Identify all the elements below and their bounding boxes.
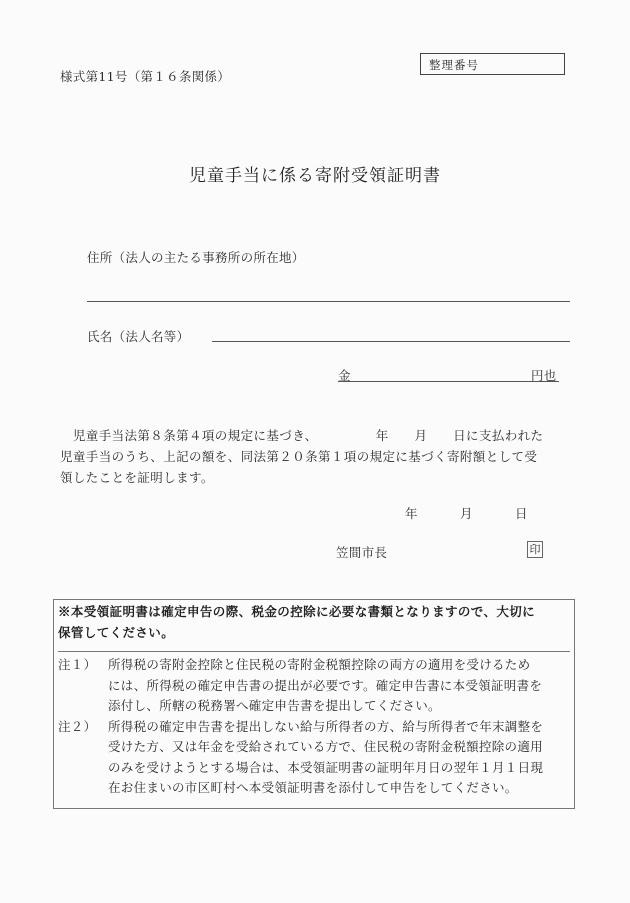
certification-line: 領したことを証明します。	[60, 467, 580, 488]
reference-number-label: 整理番号	[429, 58, 479, 72]
address-label: 住所（法人の主たる事務所の所在地）	[87, 248, 305, 266]
address-field-line[interactable]	[87, 301, 570, 302]
note-item: 注１） 所得税の寄附金控除と住民税の寄附金税額控除の両方の適用を受けるため には…	[58, 655, 570, 717]
seal-mark: 印	[527, 541, 543, 558]
certification-line: 児童手当法第８条第４項の規定に基づき、 年 月 日に支払われた	[60, 425, 580, 446]
note-line: 所得税の寄附金控除と住民税の寄附金税額控除の両方の適用を受けるため	[108, 655, 570, 676]
note-line: のみを受けようとする場合は、本受領証明書の証明年月日の翌年１月１日現	[108, 758, 570, 779]
note-item: 注２） 所得税の確定申告書を提出しない給与所得者の方、給与所得者で年末調整を 受…	[58, 717, 570, 799]
name-label: 氏名（法人名等）	[87, 327, 189, 345]
note-mark: 注２）	[58, 717, 96, 738]
important-notice-line: ※本受領証明書は確定申告の際、税金の控除に必要な書類となりますので、大切に	[58, 601, 570, 622]
note-line: には、所得税の確定申告書の提出が必要です。確定申告書に本受領証明書を	[108, 676, 570, 697]
document-title: 児童手当に係る寄附受領証明書	[0, 161, 630, 186]
form-number: 様式第11号（第１６条関係）	[60, 67, 230, 85]
important-notice-line: 保管してください。	[58, 622, 570, 643]
notice-box: ※本受領証明書は確定申告の際、税金の控除に必要な書類となりますので、大切に 保管…	[53, 599, 575, 809]
note-line: 受けた方、又は年金を受給されている方で、住民税の寄附金税額控除の適用	[108, 737, 570, 758]
reference-number-box[interactable]: 整理番号	[420, 53, 565, 75]
important-notice: ※本受領証明書は確定申告の際、税金の控除に必要な書類となりますので、大切に 保管…	[58, 600, 570, 652]
note-line: 所得税の確定申告書を提出しない給与所得者の方、給与所得者で年末調整を	[108, 717, 570, 738]
date-year-label: 年	[405, 504, 418, 522]
certification-text: 児童手当法第８条第４項の規定に基づき、 年 月 日に支払われた 児童手当のうち、…	[60, 425, 580, 488]
amount-field-line[interactable]	[338, 381, 559, 382]
amount-suffix: 円也	[531, 366, 557, 384]
certification-line: 児童手当のうち、上記の額を、同法第２０条第１項の規定に基づく寄附額として受	[60, 446, 580, 467]
note-line: 添付し、所轄の税務署へ確定申告書を提出してください。	[108, 696, 570, 717]
issuer-title: 笠間市長	[336, 543, 387, 561]
note-mark: 注１）	[58, 655, 96, 676]
notes-list: 注１） 所得税の寄附金控除と住民税の寄附金税額控除の両方の適用を受けるため には…	[58, 655, 570, 799]
date-day-label: 日	[515, 504, 528, 522]
note-line: 在お住まいの市区町村へ本受領証明書を添付して申告をしてください。	[108, 778, 570, 799]
name-field-line[interactable]	[212, 341, 570, 342]
date-month-label: 月	[460, 504, 473, 522]
